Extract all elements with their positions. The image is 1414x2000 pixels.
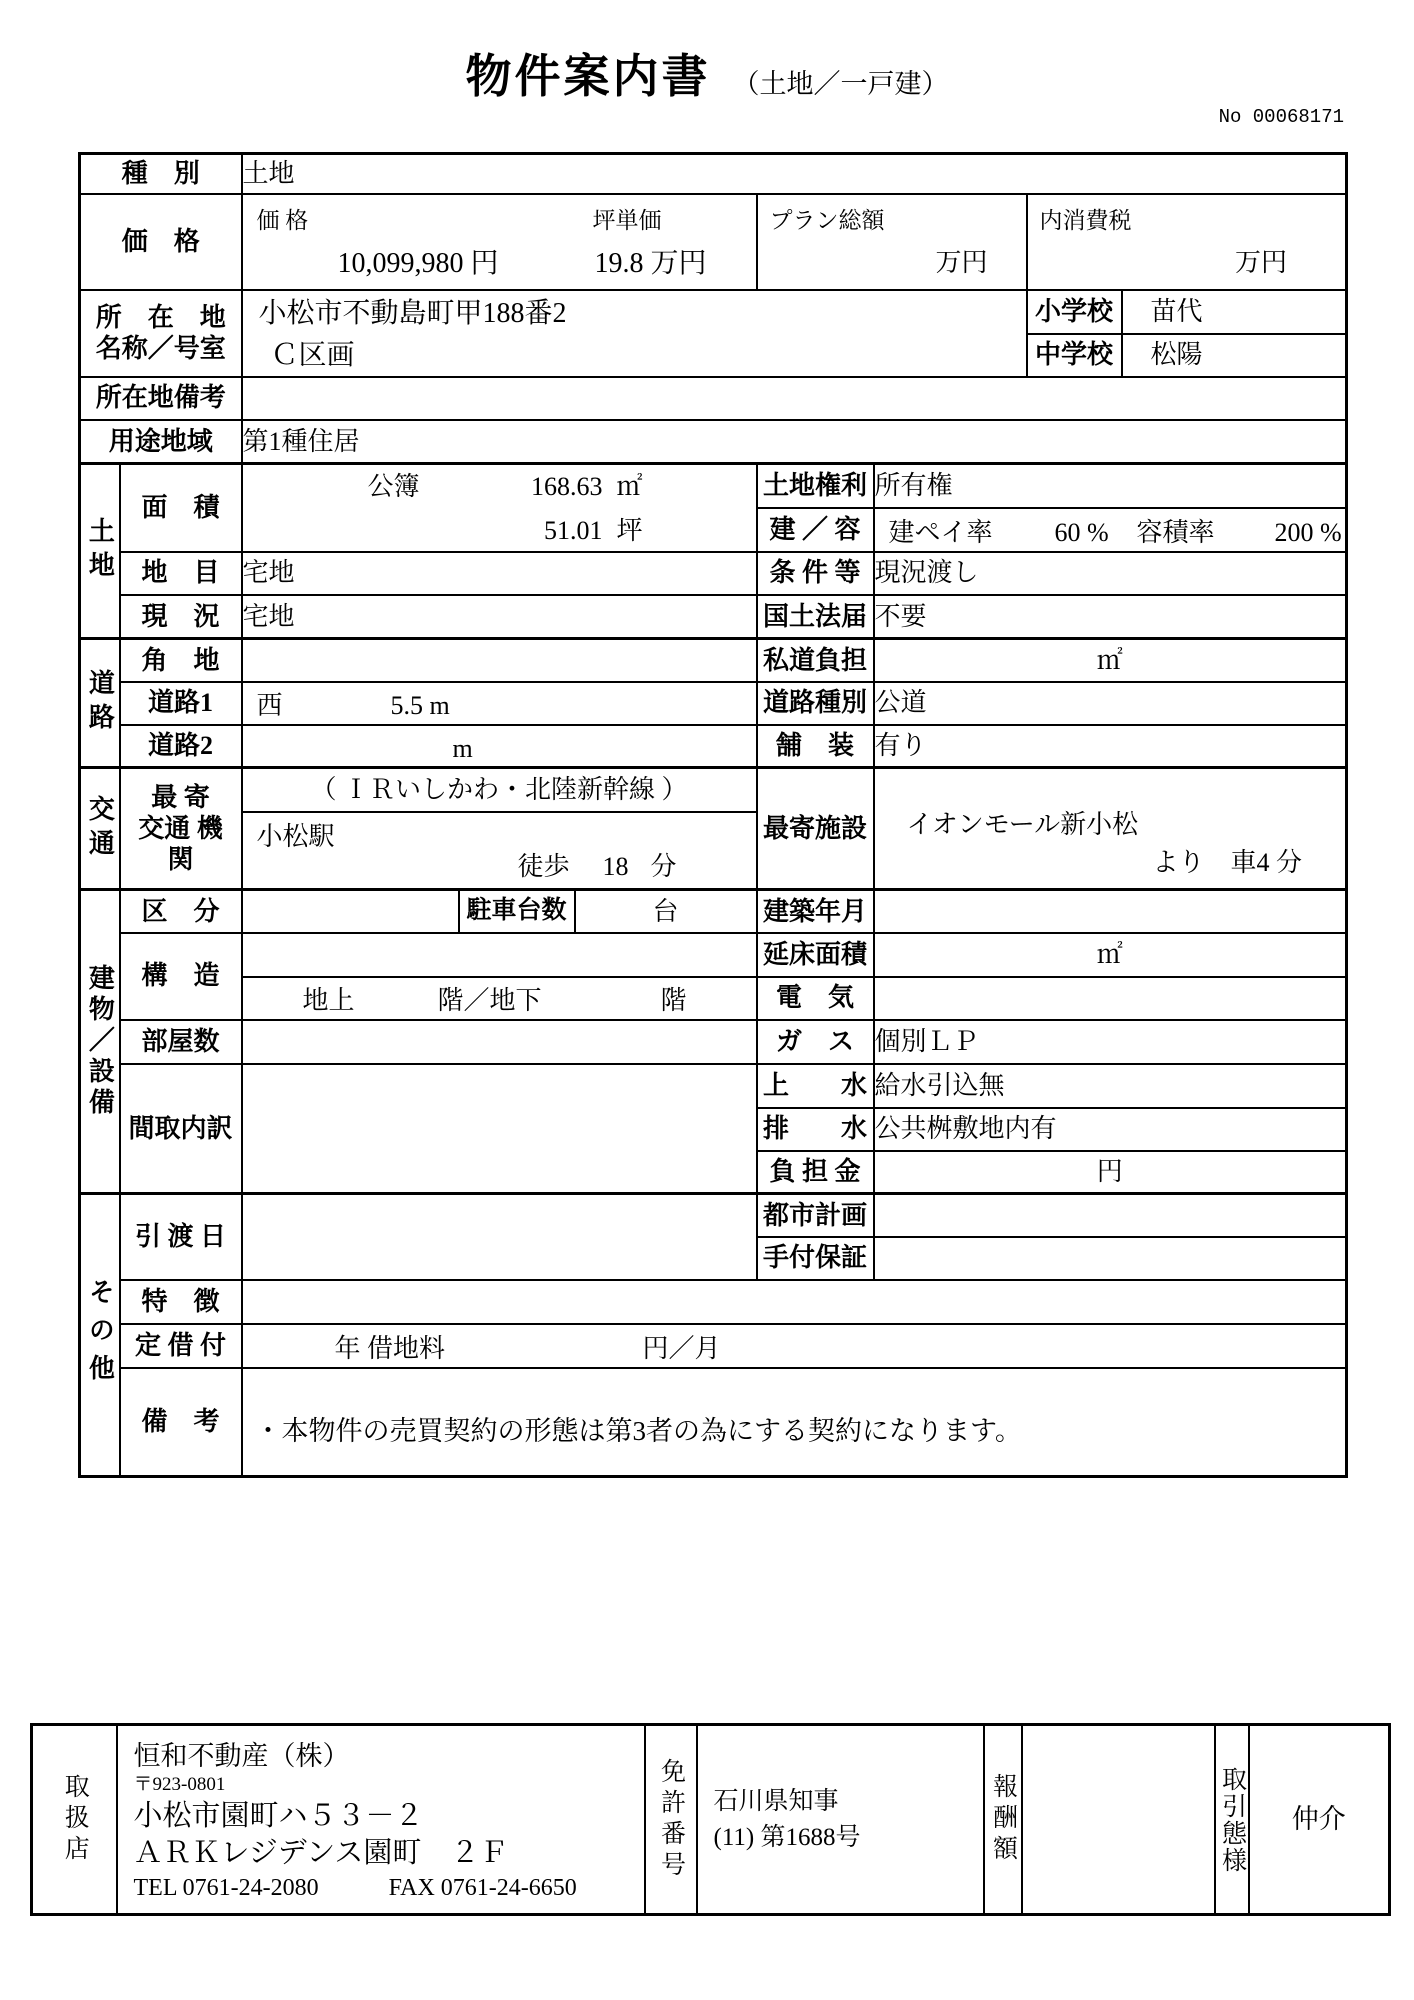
field-kikan-label: 最 寄 交通 機 関 [120,768,242,890]
section-douro-label: 道路 [80,639,120,768]
price-sub-label: 価 格 [257,207,309,235]
field-douro2-value: m [242,725,757,768]
shisetsu-car-time: 車4 分 [1231,847,1303,878]
walk-minutes: 18 [603,851,629,882]
dealer-box: 取扱店 恒和不動産（株） 〒923-0801 小松市園町ハ５３－２ ＡＲＫレジデ… [30,1723,1391,1916]
field-eki-value: 小松駅 徒歩 18 分 [242,812,757,890]
station-name: 小松駅 [257,821,335,852]
field-address-note-label: 所在地備考 [80,377,242,420]
field-heyasu-label: 部屋数 [120,1020,242,1064]
section-tochi-label: 土地 [80,464,120,639]
field-juniorhigh-label: 中学校 [1027,334,1122,377]
field-jouken-label: 条 件 等 [757,552,874,595]
field-hikiwatashi-value [242,1194,757,1280]
address-label-line1: 所 在 地 [81,302,241,333]
field-denki-value [874,977,1347,1020]
kenpei-label: 建ペイ率 [889,517,993,548]
field-kubun-value [242,890,459,933]
field-kakaku-label: 価 格 [80,194,242,290]
field-hosou-label: 舗 装 [757,725,874,768]
field-bikou-label: 備 考 [120,1368,242,1477]
plan-total-unit: 万円 [936,247,988,278]
teishaku-unit: 円／月 [643,1333,721,1364]
page-subtitle: （土地／一戸建） [733,62,949,106]
shisetsu-name: イオンモール新小松 [907,809,1139,840]
field-juniorhigh-value: 松陽 [1122,334,1347,377]
field-chimoku-value: 宅地 [242,552,757,595]
field-gas-value: 個別ＬＰ [874,1020,1347,1064]
field-denki-label: 電 気 [757,977,874,1020]
field-kenri-label: 土地権利 [757,464,874,508]
document-number: No 00068171 [1219,106,1344,128]
transaction-type-label: 取引態様 [1215,1725,1249,1915]
field-kokudo-label: 国土法届 [757,595,874,639]
field-nobeyuka-label: 延床面積 [757,933,874,977]
field-tokucho-label: 特 徴 [120,1280,242,1324]
company-name: 恒和不動産（株） [134,1740,638,1772]
field-tetsuke-value [874,1237,1347,1280]
field-kubun-label: 区 分 [120,890,242,933]
kikan-label-line3: 関 [121,844,241,875]
property-sheet: 物件案内書 （土地／一戸建） No 00068171 種 別 土地 価 格 価 … [0,0,1414,2000]
field-douro1-value: 西 5.5 m [242,682,757,725]
section-koutsu-label: 交通 [80,768,120,890]
menseki-tsubo-value: 51.01 [483,515,603,546]
field-elementary-value: 苗代 [1122,290,1347,334]
plan-total-label: プラン総額 [770,207,885,235]
shisetsu-from: より [1153,847,1205,878]
youseki-value: 200 % [1275,517,1342,548]
field-chusha-value: 台 [575,890,757,933]
field-chimoku-label: 地 目 [120,552,242,595]
field-address-label: 所 在 地 名称／号室 [80,290,242,377]
field-douro2-label: 道路2 [120,725,242,768]
field-toshi-value [874,1194,1347,1237]
license-no: (11) 第1688号 [714,1823,983,1853]
field-menseki-value: 公簿 168.63 ㎡ 51.01 坪 [242,464,757,552]
license-number-value: 石川県知事 (11) 第1688号 [697,1725,984,1915]
field-chikunen-label: 建築年月 [757,890,874,933]
teishaku-jichidai: 年 借地料 [335,1333,446,1364]
field-douro-shubetsu-value: 公道 [874,682,1347,725]
price-value: 10,099,980 円 [338,247,499,281]
field-plan-total: プラン総額 万円 [757,194,1027,290]
field-haisui-label: 排 水 [757,1108,874,1151]
field-rosen-value: （ ＩＲいしかわ・北陸新幹線 ） [242,768,757,812]
field-genkyo-label: 現 況 [120,595,242,639]
kouzou-kai-chika: 階／地下 [438,985,542,1016]
field-jouken-value: 現況渡し [874,552,1347,595]
field-teishaku-label: 定 借 付 [120,1324,242,1368]
field-tax: 内消費税 万円 [1027,194,1347,290]
field-haisui-value: 公共桝敷地内有 [874,1108,1347,1151]
license-authority: 石川県知事 [714,1787,983,1817]
tax-unit: 万円 [1235,247,1287,278]
field-kouzou-value-top [242,933,757,977]
field-kakuchi-label: 角 地 [120,639,242,682]
field-kouzou-value-bottom: 地上 階／地下 階 [242,977,757,1020]
company-tel: TEL 0761-24-2080 [134,1874,319,1903]
section-sonota-label: その他 [80,1194,120,1477]
field-kakuchi-value [242,639,757,682]
youseki-label: 容積率 [1137,517,1215,548]
tax-label: 内消費税 [1040,207,1132,235]
dealer-info: 恒和不動産（株） 〒923-0801 小松市園町ハ５３－２ ＡＲＫレジデンス園町… [117,1725,645,1915]
field-douro1-label: 道路1 [120,682,242,725]
kikan-label-line2: 交通 機 [121,813,241,844]
field-shisetsu-label: 最寄施設 [757,768,874,890]
field-hosou-value: 有り [874,725,1347,768]
page-title: 物件案内書 [466,40,711,106]
field-madori-value [242,1064,757,1194]
douro2-width: m [453,733,473,764]
license-number-label: 免許番号 [645,1725,697,1915]
field-shidou-value: ㎡ [874,639,1347,682]
walk-unit: 分 [651,851,677,882]
field-jousui-value: 給水引込無 [874,1064,1347,1108]
field-chikunen-value [874,890,1347,933]
company-postal: 〒923-0801 [134,1774,638,1797]
company-address-line1: 小松市園町ハ５３－２ [134,1799,638,1834]
field-chusha-label: 駐車台数 [459,890,575,933]
field-shidou-label: 私道負担 [757,639,874,682]
field-youto-value: 第1種住居 [242,420,1347,464]
field-heyasu-value [242,1020,757,1064]
field-menseki-label: 面 積 [120,464,242,552]
menseki-m2-unit: ㎡ [617,471,643,502]
field-gas-label: ガ ス [757,1020,874,1064]
remuneration-value [1022,1725,1215,1915]
field-teishaku-value: 年 借地料 円／月 [242,1324,1347,1368]
field-shubetsu-value: 土地 [242,154,1347,194]
field-futan-value: 円 [874,1151,1347,1194]
kenpei-value: 60 % [1055,517,1109,548]
transaction-type-value: 仲介 [1249,1725,1390,1915]
field-kokudo-value: 不要 [874,595,1347,639]
tsubo-price-value: 19.8 万円 [595,247,707,281]
field-toshi-label: 都市計画 [757,1194,874,1237]
field-genkyo-value: 宅地 [242,595,757,639]
field-address-value: 小松市不動島町甲188番2 Ｃ区画 [242,290,1027,377]
field-futan-label: 負 担 金 [757,1151,874,1194]
field-kenri-value: 所有権 [874,464,1347,508]
document-header: 物件案内書 （土地／一戸建） [0,40,1414,106]
kouzou-chijou: 地上 [303,985,355,1016]
address-label-line2: 名称／号室 [81,333,241,364]
field-shisetsu-value: イオンモール新小松 より 車4 分 [874,768,1347,890]
field-elementary-label: 小学校 [1027,290,1122,334]
tsubo-price-label: 坪単価 [593,207,662,235]
field-kenyou-value: 建ペイ率 60 % 容積率 200 % [874,508,1347,552]
douro1-direction: 西 [257,690,283,721]
field-kenyou-label: 建 ／ 容 [757,508,874,552]
bikou-text: ・本物件の売買契約の形態は第3者の為にする契約になります。 [243,1397,1346,1447]
dealer-label: 取扱店 [32,1725,117,1915]
field-tetsuke-label: 手付保証 [757,1237,874,1280]
walk-label: 徒歩 [518,851,570,882]
field-hikiwatashi-label: 引 渡 日 [120,1194,242,1280]
company-address-line2: ＡＲＫレジデンス園町 ２Ｆ [134,1836,638,1871]
company-fax: FAX 0761-24-6650 [389,1874,577,1903]
field-nobeyuka-value: ㎡ [874,933,1347,977]
field-tokucho-value [242,1280,1347,1324]
kikan-label-line1: 最 寄 [121,782,241,813]
field-jousui-label: 上 水 [757,1064,874,1108]
section-tatemono-label: 建物／設備 [80,890,120,1194]
menseki-m2-value: 168.63 [483,471,603,502]
field-bikou-value: ・本物件の売買契約の形態は第3者の為にする契約になります。 [242,1368,1347,1477]
field-address-note-value [242,377,1347,420]
field-kakaku-value: 価 格 坪単価 10,099,980 円 19.8 万円 [242,194,757,290]
address-line1: 小松市不動島町甲188番2 [259,297,567,331]
remuneration-label: 報酬額 [984,1725,1022,1915]
field-douro-shubetsu-label: 道路種別 [757,682,874,725]
menseki-tsubo-unit: 坪 [617,515,643,546]
kouzou-kai: 階 [661,985,687,1016]
field-madori-label: 間取内訳 [120,1064,242,1194]
field-shubetsu-label: 種 別 [80,154,242,194]
field-youto-label: 用途地域 [80,420,242,464]
menseki-koubo-label: 公簿 [368,471,420,502]
douro1-width: 5.5 m [391,690,450,721]
address-line2: Ｃ区画 [271,339,355,373]
field-kouzou-label: 構 造 [120,933,242,1020]
property-table: 種 別 土地 価 格 価 格 坪単価 10,099,980 円 19.8 万円 … [78,152,1348,1478]
